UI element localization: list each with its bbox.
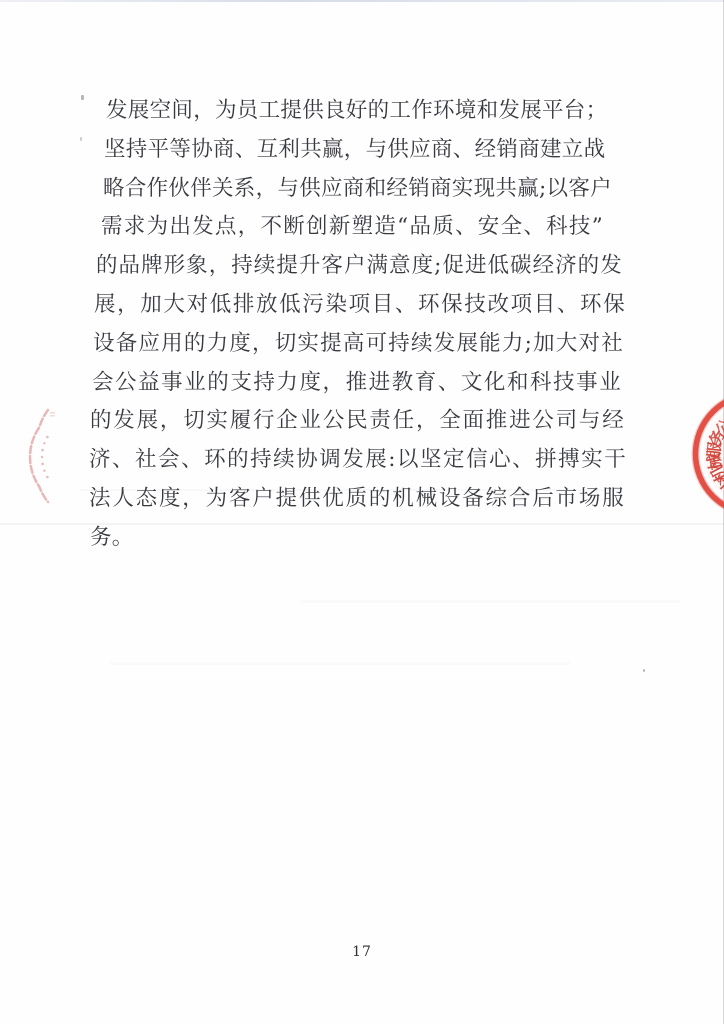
- text-line: 坚持平等协商、互利共赢，与供应商、经销商建立战: [104, 131, 601, 170]
- stamp-inner-marks: [41, 412, 55, 478]
- document-page: 发展空间，为员工提供良好的工作环境和发展平台； 坚持平等协商、互利共赢，与供应商…: [0, 0, 724, 1024]
- scan-speck: [80, 137, 82, 141]
- faint-stamp-arc: [18, 392, 98, 522]
- text-line: 务。: [90, 519, 625, 558]
- text-line: 济、社会、环的持续协调发展:以坚定信心、拼搏实干: [89, 441, 626, 480]
- scan-speck: [643, 669, 645, 672]
- text-line: 的品牌形象，持续提升客户满意度;促进低碳经济的发: [96, 247, 622, 286]
- text-line: 法人态度，为客户提供优质的机械设备综合后市场服: [89, 480, 624, 519]
- body-paragraph: 发展空间，为员工提供良好的工作环境和发展平台； 坚持平等协商、互利共赢，与供应商…: [88, 92, 644, 558]
- scan-streak: [300, 600, 680, 603]
- text-line: 需求为出发点，不断创新塑造“品质、安全、科技”: [101, 208, 603, 247]
- scan-streak: [110, 662, 570, 665]
- text-line: 的发展，切实履行企业公民责任，全面推进公司与经: [90, 402, 624, 441]
- text-line: 设备应用的力度，切实提高可持续发展能力;加大对社: [93, 325, 623, 364]
- red-seal-stamp: 少 机 械 服 务 公: [690, 388, 724, 520]
- scan-top-edge-artifact: [0, 0, 724, 2]
- text-line: 发展空间，为员工提供良好的工作环境和发展平台；: [106, 92, 598, 131]
- scan-speck: [81, 95, 84, 100]
- text-line: 略合作伙伴关系，与供应商和经销商实现共赢;以客户: [103, 170, 605, 209]
- page-number: 17: [0, 944, 724, 960]
- text-line: 展，加大对低排放低污染项目、环保技改项目、环保: [94, 286, 625, 325]
- text-line: 会公益事业的支持力度，推进教育、文化和科技事业: [92, 364, 621, 403]
